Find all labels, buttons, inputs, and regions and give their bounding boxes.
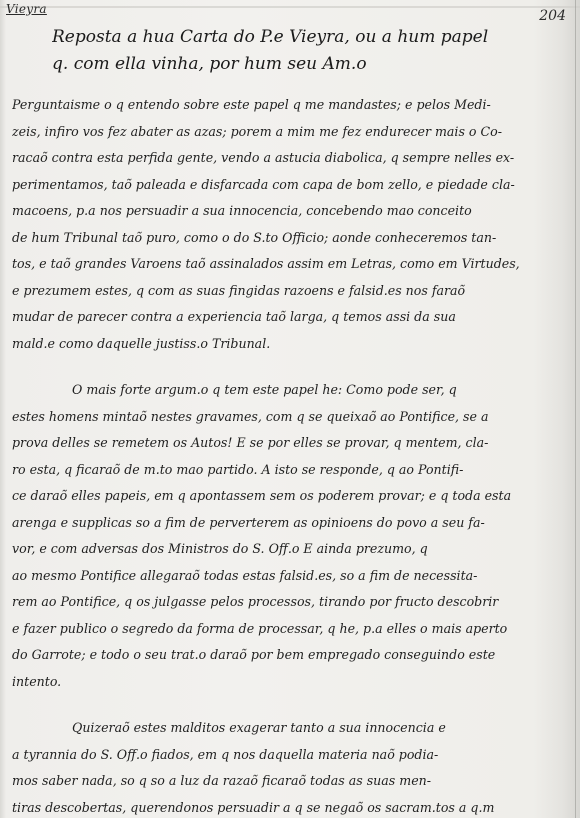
text-line: rem ao Pontifice, q os julgasse pelos pr… [12,589,550,616]
text-line: e prezumem estes, q com as suas fingidas… [12,278,550,305]
text-line: tiras descobertas, querendonos persuadir… [12,795,550,818]
text-line: macoens, p.a nos persuadir a sua innocen… [12,198,550,225]
text-line: a tyrannia do S. Off.o fiados, em q nos … [12,742,550,769]
text-line: zeis, infiro vos fez abater as azas; por… [12,119,550,146]
text-line: de hum Tribunal taõ puro, como o do S.to… [12,225,550,252]
paragraph-gap [12,357,550,377]
document-body: Perguntaisme o q entendo sobre este pape… [12,92,550,818]
text-line: ro esta, q ficaraõ de m.to mao partido. … [12,457,550,484]
text-line: do Garrote; e todo o seu trat.o daraõ po… [12,642,550,669]
text-line: tos, e taõ grandes Varoens taõ assinalad… [12,251,550,278]
text-line: arenga e supplicas so a fim de perverter… [12,510,550,537]
margin-note: Vieyra [6,2,47,16]
folio-number: 204 [539,8,566,24]
text-line: Perguntaisme o q entendo sobre este pape… [12,92,550,119]
text-line: prova delles se remetem os Autos! E se p… [12,430,550,457]
text-line: mos saber nada, so q so a luz da razaõ f… [12,768,550,795]
text-line: vor, e com adversas dos Ministros do S. … [12,536,550,563]
text-line: perimentamos, taõ paleada e disfarcada c… [12,172,550,199]
text-line: e fazer publico o segredo da forma de pr… [12,616,550,643]
text-line: O mais forte argum.o q tem este papel he… [12,377,550,404]
text-line: Quizeraõ estes malditos exagerar tanto a… [12,715,550,742]
paragraph-gap [12,695,550,715]
paragraph-2: O mais forte argum.o q tem este papel he… [12,377,550,695]
paper-fold-line [0,6,580,8]
binding-edge [575,0,576,818]
text-line: mudar de parecer contra a experiencia ta… [12,304,550,331]
text-line: racaõ contra esta perfida gente, vendo a… [12,145,550,172]
text-line: ao mesmo Pontifice allegaraõ todas estas… [12,563,550,590]
paragraph-1: Perguntaisme o q entendo sobre este pape… [12,92,550,357]
text-line: estes homens mintaõ nestes gravames, com… [12,404,550,431]
text-line: mald.e como daquelle justiss.o Tribunal. [12,331,550,358]
document-title: Reposta a hua Carta do P.e Vieyra, ou a … [52,24,552,77]
title-line: Reposta a hua Carta do P.e Vieyra, ou a … [52,24,552,51]
text-line: ce daraõ elles papeis, em q apontassem s… [12,483,550,510]
text-line: intento. [12,669,550,696]
paragraph-3: Quizeraõ estes malditos exagerar tanto a… [12,715,550,818]
title-line: q. com ella vinha, por hum seu Am.o [52,51,552,78]
manuscript-page: Vieyra 204 Reposta a hua Carta do P.e Vi… [0,0,580,818]
